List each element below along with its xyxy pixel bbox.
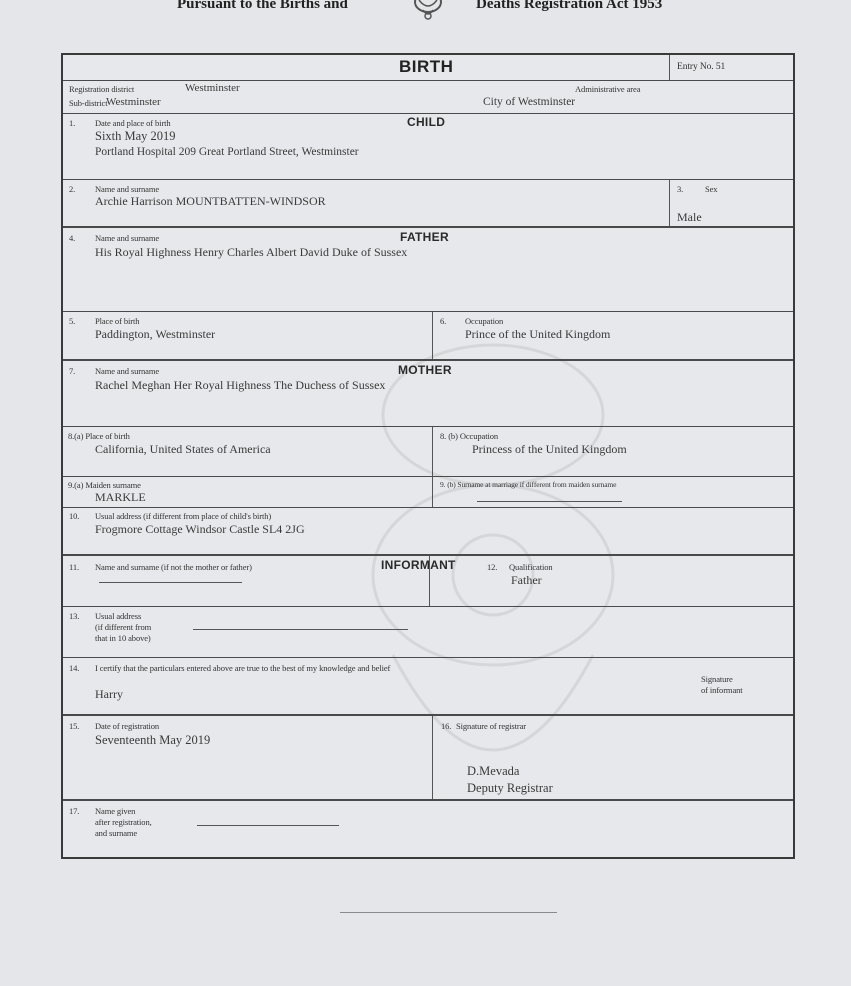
subdistrict-value: Westminster [106, 96, 161, 108]
informant-name-label: Name and surname (if not the mother or f… [95, 562, 252, 572]
field-number: 5. [69, 316, 75, 326]
father-name-row: 4. Name and surname FATHER His Royal Hig… [63, 226, 793, 311]
signature-label-2: of informant [701, 685, 743, 695]
child-name-row: 2. Name and surname Archie Harrison MOUN… [63, 179, 793, 226]
usual-address-label: Usual address (if different from place o… [95, 511, 271, 521]
field-number: 14. [69, 663, 79, 673]
entry-number: Entry No. 51 [677, 62, 725, 72]
name-after-registration-row: 17. Name given after registration, and s… [63, 799, 793, 861]
field-number: 4. [69, 233, 75, 243]
mother-name-label: Name and surname [95, 366, 159, 376]
maiden-surname: MARKLE [95, 490, 146, 505]
field-number: 12. [487, 562, 497, 572]
registrar-name: D.Mevada [467, 764, 519, 779]
father-name: His Royal Highness Henry Charles Albert … [95, 245, 407, 260]
section-child: CHILD [407, 115, 445, 129]
mother-name-row: 7. Name and surname MOTHER Rachel Meghan… [63, 359, 793, 426]
signature-label-1: Signature [701, 674, 733, 684]
field-number: 11. [69, 562, 79, 572]
father-name-label: Name and surname [95, 233, 159, 243]
name-given-label-1: Name given [95, 806, 135, 816]
informant-address-label-1: Usual address [95, 611, 141, 621]
usual-address-row: 10. Usual address (if different from pla… [63, 507, 793, 554]
name-given-blank [197, 825, 339, 826]
married-surname-label: 9. (b) Surname at marriage if different … [440, 480, 616, 489]
registration-row: Registration district Westminster Sub-di… [63, 80, 793, 113]
father-details-row: 5. Place of birth Paddington, Westminste… [63, 311, 793, 359]
mother-details-row: 8.(a) Place of birth California, United … [63, 426, 793, 476]
admin-area-value: City of Westminster [483, 96, 575, 108]
field-number: 15. [69, 721, 79, 731]
field-number: 16. [441, 721, 451, 731]
certification-row: 14. I certify that the particulars enter… [63, 657, 793, 714]
certification-statement: I certify that the particulars entered a… [95, 663, 390, 673]
birth-certificate-form: BIRTH Entry No. 51 Registration district… [61, 53, 795, 859]
child-name-label: Name and surname [95, 184, 159, 194]
field-number: 2. [69, 184, 75, 194]
father-birthplace: Paddington, Westminster [95, 327, 215, 342]
child-name: Archie Harrison MOUNTBATTEN-WINDSOR [95, 194, 326, 209]
maiden-surname-label: 9.(a) Maiden surname [68, 480, 141, 490]
field-number: 3. [677, 184, 683, 194]
name-given-label-3: and surname [95, 828, 137, 838]
informant-address-label-2: (if different from [95, 622, 151, 632]
registration-date: Seventeenth May 2019 [95, 733, 210, 748]
field-number: 7. [69, 366, 75, 376]
field-number: 10. [69, 511, 79, 521]
child-place-of-birth: Portland Hospital 209 Great Portland Str… [95, 146, 359, 158]
sex-label: Sex [705, 184, 717, 194]
mother-name: Rachel Meghan Her Royal Highness The Duc… [95, 378, 385, 393]
informant-address-row: 13. Usual address (if different from tha… [63, 606, 793, 657]
field-number: 6. [440, 316, 446, 326]
child-birth-row: 1. Date and place of birth CHILD Sixth M… [63, 113, 793, 179]
married-surname-blank [477, 501, 622, 502]
informant-qualification: Father [511, 573, 542, 588]
section-informant: INFORMANT [381, 558, 456, 572]
section-mother: MOTHER [398, 363, 452, 377]
subdistrict-label: Sub-district [69, 98, 107, 108]
informant-name-blank [99, 582, 242, 583]
certificate-title: BIRTH [399, 57, 453, 77]
father-occupation-label: Occupation [465, 316, 503, 326]
mother-occupation-label: 8. (b) Occupation [440, 431, 498, 441]
section-father: FATHER [400, 230, 449, 244]
informant-address-blank [193, 629, 408, 630]
mother-occupation: Princess of the United Kingdom [472, 442, 627, 457]
child-sex: Male [677, 210, 702, 225]
act-header-right: Deaths Registration Act 1953 [476, 0, 662, 13]
registrar-signature-label: Signature of registrar [456, 721, 526, 731]
field-number: 13. [69, 611, 79, 621]
informant-row: 11. Name and surname (if not the mother … [63, 554, 793, 606]
registration-details-row: 15. Date of registration Seventeenth May… [63, 714, 793, 799]
qualification-label: Qualification [509, 562, 553, 572]
registrar-title: Deputy Registrar [467, 781, 553, 796]
registration-date-label: Date of registration [95, 721, 159, 731]
name-given-label-2: after registration, [95, 817, 152, 827]
mother-birthplace: California, United States of America [95, 442, 271, 457]
mother-birthplace-label: 8.(a) Place of birth [68, 431, 130, 441]
title-row: BIRTH Entry No. 51 [63, 55, 793, 80]
date-place-label: Date and place of birth [95, 118, 171, 128]
royal-crest-icon [403, 0, 453, 22]
field-number: 17. [69, 806, 79, 816]
act-header-left: Pursuant to the Births and [177, 0, 348, 13]
informant-signature: Harry [95, 687, 123, 702]
district-value: Westminster [185, 82, 240, 94]
child-date-of-birth: Sixth May 2019 [95, 129, 176, 144]
usual-address: Frogmore Cottage Windsor Castle SL4 2JG [95, 522, 305, 537]
footer-signature-line [340, 912, 557, 913]
maiden-name-row: 9.(a) Maiden surname MARKLE 9. (b) Surna… [63, 476, 793, 507]
informant-address-label-3: that in 10 above) [95, 633, 151, 643]
district-label: Registration district [69, 84, 134, 94]
field-number: 1. [69, 118, 75, 128]
admin-area-label: Administrative area [575, 84, 640, 94]
father-occupation: Prince of the United Kingdom [465, 327, 610, 342]
father-birthplace-label: Place of birth [95, 316, 139, 326]
